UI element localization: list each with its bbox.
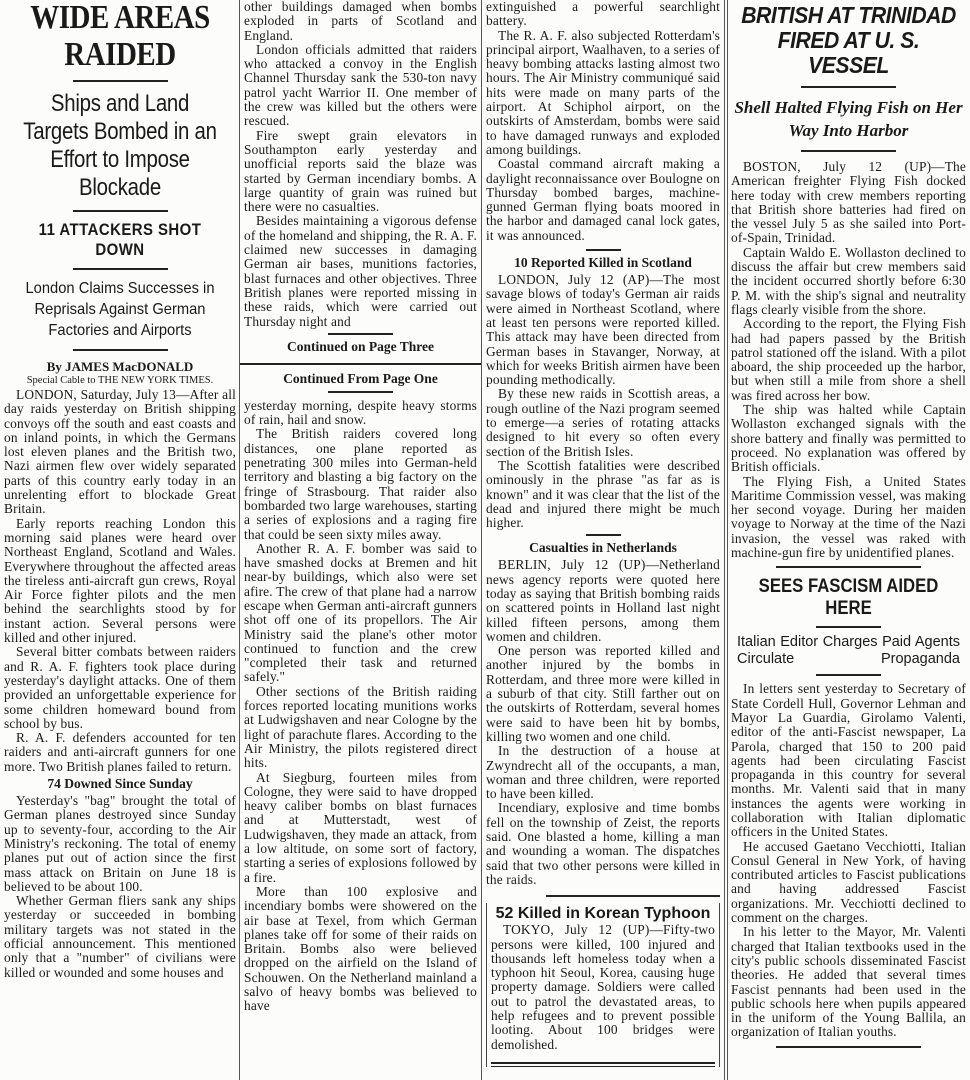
paragraph: He accused Gaetano Vecchiotti, Italian C…	[731, 840, 966, 926]
paragraph: London officials admitted that raiders w…	[244, 43, 477, 129]
paragraph: yesterday morning, despite heavy storms …	[244, 399, 477, 428]
divider	[586, 534, 621, 536]
byline: By JAMES MacDONALD	[4, 359, 236, 375]
paragraph: Several bitter combats between raiders a…	[4, 645, 236, 731]
divider	[586, 249, 621, 251]
trinidad-headline: BRITISH AT TRINIDAD FIRED AT U. S. VESSE…	[740, 3, 956, 78]
page-break-rule	[240, 363, 481, 365]
paragraph: extinguished a powerful searchlight batt…	[486, 0, 720, 29]
column-1-main-story: WIDE AREAS RAIDED Ships and Land Targets…	[4, 0, 236, 980]
paragraph: In the destruction of a house at Zwyndre…	[486, 744, 720, 801]
paragraph: Incendiary, explosive and time bombs fel…	[486, 801, 720, 887]
divider	[816, 674, 881, 676]
main-headline: WIDE AREAS RAIDED	[4, 0, 236, 73]
paragraph: Whether German fliers sank any ships yes…	[4, 894, 236, 980]
paragraph: Another R. A. F. bomber was said to have…	[244, 542, 477, 685]
divider	[776, 1046, 921, 1048]
deck-headline-2: 11 ATTACKERS SHOT DOWN	[18, 220, 222, 260]
divider	[73, 210, 168, 212]
typhoon-headline: 52 Killed in Korean Typhoon	[491, 905, 715, 923]
fascism-deck: Italian Editor Charges Paid Agents Circu…	[731, 634, 966, 668]
divider	[801, 86, 896, 88]
paragraph: The Scottish fatalities were described o…	[486, 459, 720, 530]
paragraph: The British raiders covered long distanc…	[244, 427, 477, 541]
fascism-headline: SEES FASCISM AIDED HERE	[745, 576, 952, 620]
paragraph: TOKYO, July 12 (UP)—Fifty-two persons we…	[491, 923, 715, 1052]
column-rule	[724, 0, 725, 1080]
paragraph: The R. A. F. also subjected Rotterdam's …	[486, 29, 720, 158]
paragraph: At Siegburg, fourteen miles from Cologne…	[244, 771, 477, 885]
column-2-continuation: other buildings damaged when bombs explo…	[244, 0, 477, 1014]
paragraph: other buildings damaged when bombs explo…	[244, 0, 477, 43]
divider	[816, 626, 881, 628]
column-rule	[481, 0, 482, 1080]
paragraph: LONDON, Saturday, July 13—After all day …	[4, 388, 236, 517]
column-rule	[239, 0, 240, 1080]
paragraph: The ship was halted while Captain Wollas…	[731, 403, 966, 474]
paragraph: Early reports reaching London this morni…	[4, 517, 236, 646]
paragraph: BERLIN, July 12 (UP)—Netherland news age…	[486, 558, 720, 644]
divider	[801, 150, 896, 152]
subhead: 74 Downed Since Sunday	[4, 776, 236, 792]
divider	[73, 80, 168, 82]
typhoon-story-box: 52 Killed in Korean Typhoon TOKYO, July …	[486, 903, 720, 1067]
deck-headline: Ships and Land Targets Bombed in an Effo…	[21, 90, 218, 202]
paragraph: R. A. F. defenders accounted for ten rai…	[4, 731, 236, 774]
divider	[546, 895, 720, 897]
paragraph: According to the report, the Flying Fish…	[731, 317, 966, 403]
netherlands-headline: Casualties in Netherlands	[486, 540, 720, 556]
paragraph: Coastal command aircraft making a daylig…	[486, 157, 720, 243]
paragraph: More than 100 explosive and incendiary b…	[244, 885, 477, 1014]
paragraph: The Flying Fish, a United States Maritim…	[731, 475, 966, 561]
trinidad-deck: Shell Halted Flying Fish on Her Way Into…	[731, 96, 966, 142]
paragraph: One person was reported killed and anoth…	[486, 644, 720, 744]
paragraph: Captain Waldo E. Wollaston declined to d…	[731, 246, 966, 317]
column-rule	[727, 0, 728, 1080]
divider	[776, 566, 921, 568]
column-4-sidebar-stories: BRITISH AT TRINIDAD FIRED AT U. S. VESSE…	[731, 0, 966, 1048]
paragraph: In letters sent yesterday to Secretary o…	[731, 682, 966, 839]
deck-headline-3: London Claims Successes in Reprisals Aga…	[13, 278, 226, 341]
paragraph: Other sections of the British raiding fo…	[244, 685, 477, 771]
divider	[328, 391, 393, 393]
credit-line: Special Cable to THE NEW YORK TIMES.	[4, 375, 236, 386]
divider	[491, 1062, 715, 1067]
paragraph: BOSTON, July 12 (UP)—The American freigh…	[731, 160, 966, 246]
paragraph: By these new raids in Scottish areas, a …	[486, 387, 720, 458]
newspaper-clipping: WIDE AREAS RAIDED Ships and Land Targets…	[0, 0, 970, 1080]
paragraph: LONDON, July 12 (AP)—The most savage blo…	[486, 273, 720, 387]
paragraph: In his letter to the Mayor, Mr. Valenti …	[731, 925, 966, 1039]
paragraph: Besides maintaining a vigorous defense o…	[244, 214, 477, 328]
column-3-related-stories: extinguished a powerful searchlight batt…	[486, 0, 720, 1067]
divider	[73, 268, 168, 270]
divider	[73, 349, 168, 351]
paragraph: Fire swept grain elevators in Southampto…	[244, 129, 477, 215]
scotland-headline: 10 Reported Killed in Scotland	[486, 255, 720, 271]
paragraph: Yesterday's "bag" brought the total of G…	[4, 794, 236, 894]
jump-continued-on[interactable]: Continued on Page Three	[244, 339, 477, 355]
jump-continued-from[interactable]: Continued From Page One	[244, 371, 477, 387]
divider	[328, 333, 393, 335]
